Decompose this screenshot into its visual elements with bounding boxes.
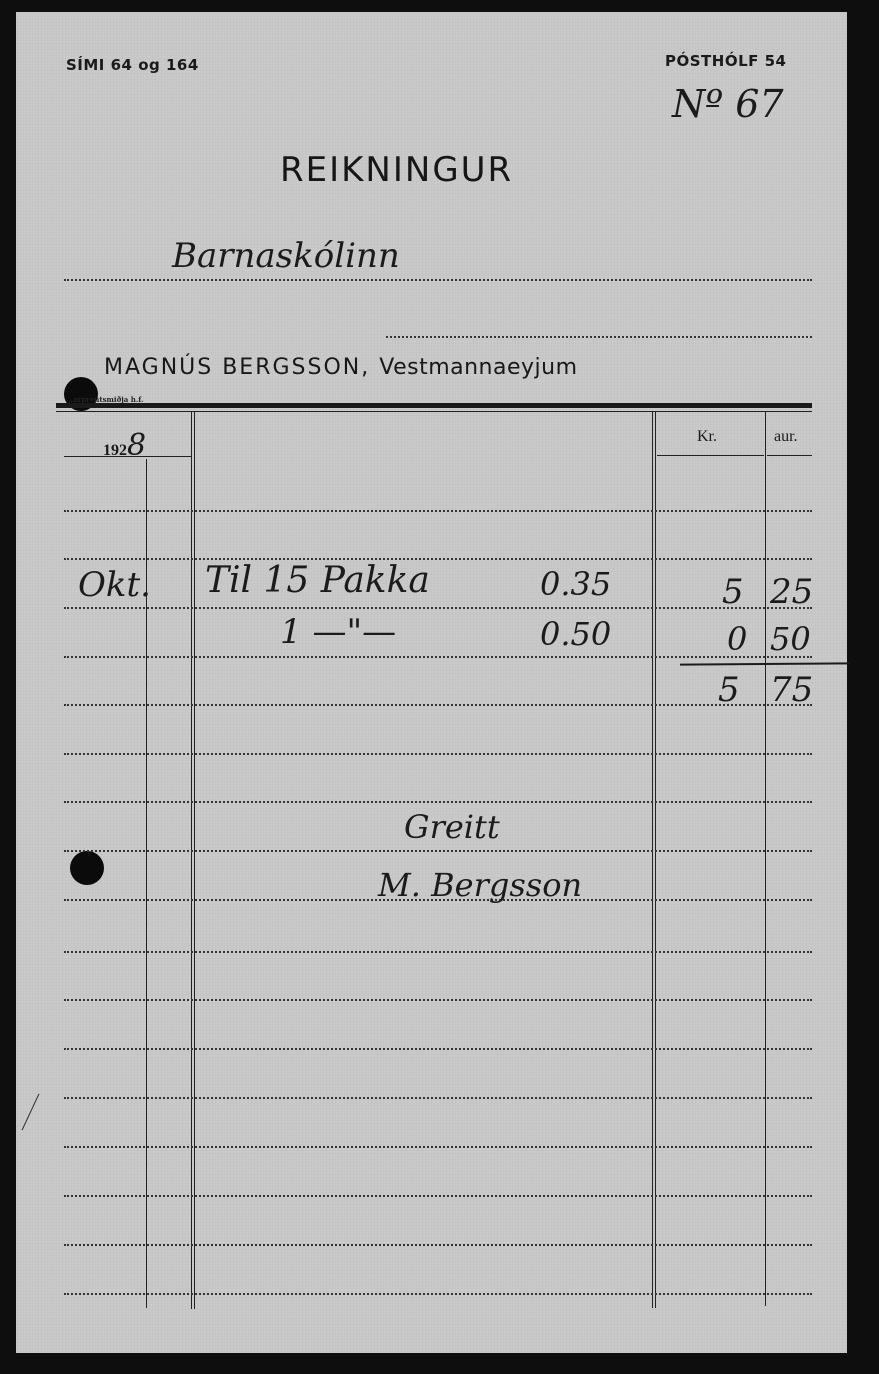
ruled-line [64,951,812,953]
ruled-line [64,1097,812,1099]
signature: M. Bergsson [378,866,582,904]
recipient-name: Barnaskólinn [172,236,400,276]
ruled-line [64,704,812,706]
phone-number: SÍMI 64 og 164 [66,56,199,74]
year-label: 1928 [103,428,146,463]
aur-column-header: aur. [774,428,798,446]
ruled-line [64,1244,812,1246]
kr-column-left-rule-b [655,412,656,1308]
total-kr: 5 [718,670,740,710]
page-title: REIKNINGUR [280,150,513,190]
kr-column-left-rule-a [652,412,653,1308]
ruled-line [64,656,812,658]
ruled-line [64,1048,812,1050]
merchant-name-text: MAGNÚS BERGSSON, [104,355,370,380]
total-aur: 75 [770,670,813,710]
row-1-date: Okt. [78,565,151,605]
header-rule-thick [56,403,812,408]
ruled-line [64,1195,812,1197]
ruled-line [64,999,812,1001]
punch-hole-bottom [70,851,104,885]
ruled-line [64,753,812,755]
description-column-left-rule-b [194,412,195,1309]
header-rule-thin [56,411,812,412]
ruled-line [64,607,812,609]
ruled-line [64,1146,812,1148]
ruled-line [64,1293,812,1295]
row-2-unit-price: 0.50 [540,615,611,653]
invoice-number: Nº 67 [672,82,784,126]
description-column-left-rule-a [191,412,192,1309]
aur-header-underline [767,455,812,456]
ruled-line [64,510,812,512]
row-1-kr: 5 [722,572,744,612]
row-2-aur: 50 [770,620,811,658]
row-1-description: Til 15 Pakka [205,560,430,601]
ruled-line [64,850,812,852]
ruled-line [64,558,812,560]
year-handwritten: 8 [127,428,146,463]
po-box: PÓSTHÓLF 54 [665,52,787,70]
merchant-name: MAGNÚS BERGSSON, Vestmannaeyjum [104,355,578,380]
row-2-kr: 0 [727,620,747,658]
ruled-line [64,801,812,803]
kr-column-header: Kr. [697,428,717,446]
recipient-line-2 [386,336,812,338]
kr-header-underline [657,455,764,456]
aur-column-left-rule [765,412,766,1306]
date-header-underline [64,456,192,457]
row-1-aur: 25 [770,572,813,612]
recipient-line [64,279,812,281]
payment-note: Greitt [404,808,500,846]
row-2-description: 1 —"— [280,612,396,652]
merchant-location: Vestmannaeyjum [379,355,577,380]
row-1-unit-price: 0.35 [540,565,611,603]
